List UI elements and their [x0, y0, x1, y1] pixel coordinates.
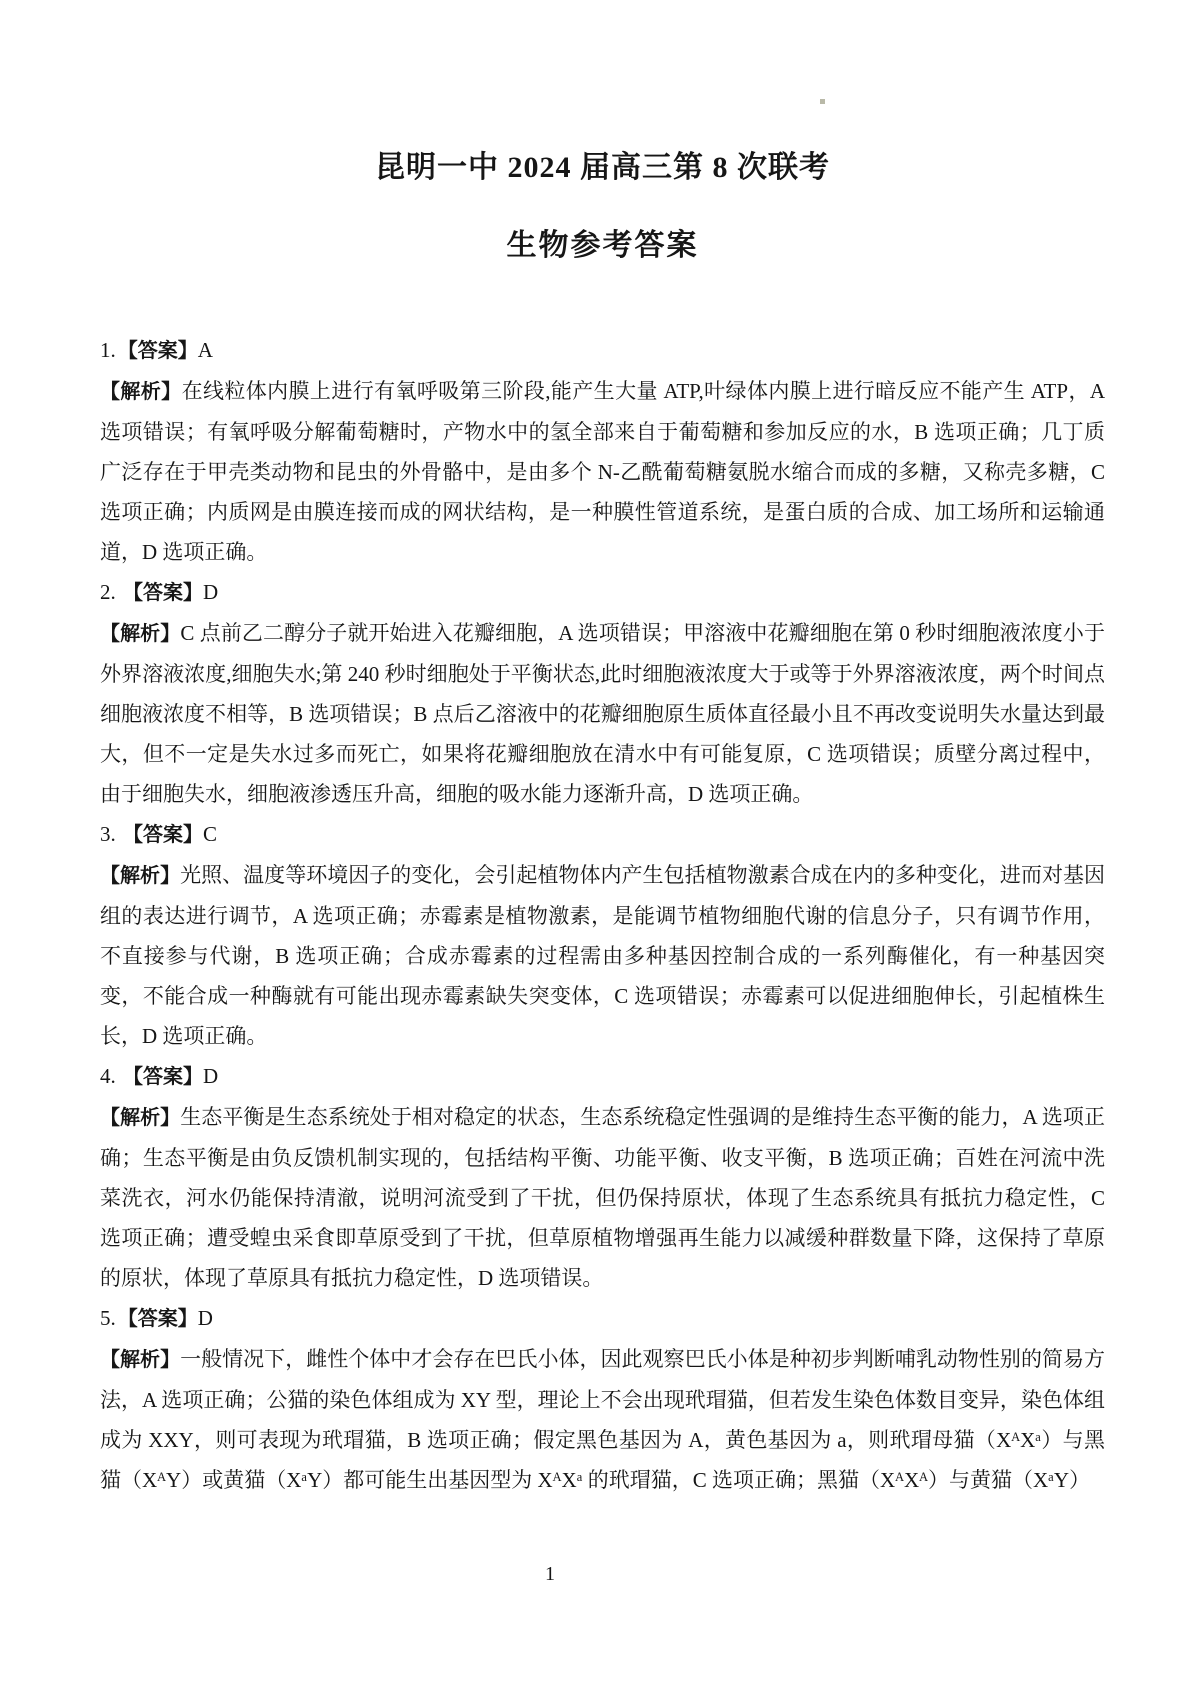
- analysis-paragraph: 【解析】C 点前乙二醇分子就开始进入花瓣细胞，A 选项错误；甲溶液中花瓣细胞在第…: [100, 613, 1105, 814]
- answer-label: 【答案】: [118, 1308, 198, 1330]
- question-number: 1.: [100, 338, 116, 362]
- answer-label: 【答案】: [123, 582, 203, 604]
- analysis-label: 【解析】: [100, 1107, 180, 1129]
- answer-item: 1.【答案】A 【解析】在线粒体内膜上进行有氧呼吸第三阶段,能产生大量 ATP,…: [100, 330, 1105, 572]
- analysis-label: 【解析】: [100, 381, 182, 403]
- analysis-paragraph: 【解析】光照、温度等环境因子的变化，会引起植物体内产生包括植物激素合成在内的多种…: [100, 855, 1105, 1056]
- document-page: 昆明一中 2024 届高三第 8 次联考 生物参考答案 1.【答案】A 【解析】…: [0, 0, 1200, 1698]
- analysis-paragraph: 【解析】生态平衡是生态系统处于相对稳定的状态，生态系统稳定性强调的是维持生态平衡…: [100, 1097, 1105, 1298]
- analysis-label: 【解析】: [100, 865, 180, 887]
- answer-letter: D: [203, 580, 218, 604]
- answer-letter: D: [203, 1064, 218, 1088]
- answer-line: 5.【答案】D: [100, 1298, 1105, 1339]
- analysis-text: 生态平衡是生态系统处于相对稳定的状态，生态系统稳定性强调的是维持生态平衡的能力，…: [100, 1105, 1105, 1290]
- analysis-label: 【解析】: [100, 1349, 180, 1371]
- answer-item: 2. 【答案】D 【解析】C 点前乙二醇分子就开始进入花瓣细胞，A 选项错误；甲…: [100, 572, 1105, 814]
- answer-line: 4. 【答案】D: [100, 1056, 1105, 1097]
- question-number: 4.: [100, 1064, 121, 1088]
- question-number: 5.: [100, 1306, 116, 1330]
- answer-label: 【答案】: [123, 1066, 203, 1088]
- answer-label: 【答案】: [118, 340, 198, 362]
- analysis-text: 一般情况下，雌性个体中才会存在巴氏小体，因此观察巴氏小体是种初步判断哺乳动物性别…: [100, 1347, 1105, 1492]
- doc-title: 昆明一中 2024 届高三第 8 次联考: [100, 150, 1105, 186]
- answer-letter: C: [203, 822, 217, 846]
- page-number: 1: [0, 1563, 1100, 1586]
- answer-line: 3. 【答案】C: [100, 814, 1105, 855]
- analysis-text: C 点前乙二醇分子就开始进入花瓣细胞，A 选项错误；甲溶液中花瓣细胞在第 0 秒…: [100, 621, 1105, 806]
- analysis-text: 在线粒体内膜上进行有氧呼吸第三阶段,能产生大量 ATP,叶绿体内膜上进行暗反应不…: [100, 379, 1105, 564]
- answer-item: 5.【答案】D 【解析】一般情况下，雌性个体中才会存在巴氏小体，因此观察巴氏小体…: [100, 1298, 1105, 1500]
- question-number: 2.: [100, 580, 121, 604]
- analysis-paragraph: 【解析】在线粒体内膜上进行有氧呼吸第三阶段,能产生大量 ATP,叶绿体内膜上进行…: [100, 371, 1105, 572]
- answer-line: 1.【答案】A: [100, 330, 1105, 371]
- answer-label: 【答案】: [123, 824, 203, 846]
- answer-item: 4. 【答案】D 【解析】生态平衡是生态系统处于相对稳定的状态，生态系统稳定性强…: [100, 1056, 1105, 1298]
- answer-letter: A: [198, 338, 213, 362]
- answer-line: 2. 【答案】D: [100, 572, 1105, 613]
- scan-artifact-dot: [820, 99, 825, 104]
- answer-item: 3. 【答案】C 【解析】光照、温度等环境因子的变化，会引起植物体内产生包括植物…: [100, 814, 1105, 1056]
- question-number: 3.: [100, 822, 121, 846]
- analysis-label: 【解析】: [100, 623, 180, 645]
- doc-subtitle: 生物参考答案: [100, 228, 1105, 264]
- answer-letter: D: [198, 1306, 213, 1330]
- answers-list: 1.【答案】A 【解析】在线粒体内膜上进行有氧呼吸第三阶段,能产生大量 ATP,…: [100, 330, 1105, 1500]
- analysis-paragraph: 【解析】一般情况下，雌性个体中才会存在巴氏小体，因此观察巴氏小体是种初步判断哺乳…: [100, 1339, 1105, 1500]
- analysis-text: 光照、温度等环境因子的变化，会引起植物体内产生包括植物激素合成在内的多种变化，进…: [100, 863, 1105, 1048]
